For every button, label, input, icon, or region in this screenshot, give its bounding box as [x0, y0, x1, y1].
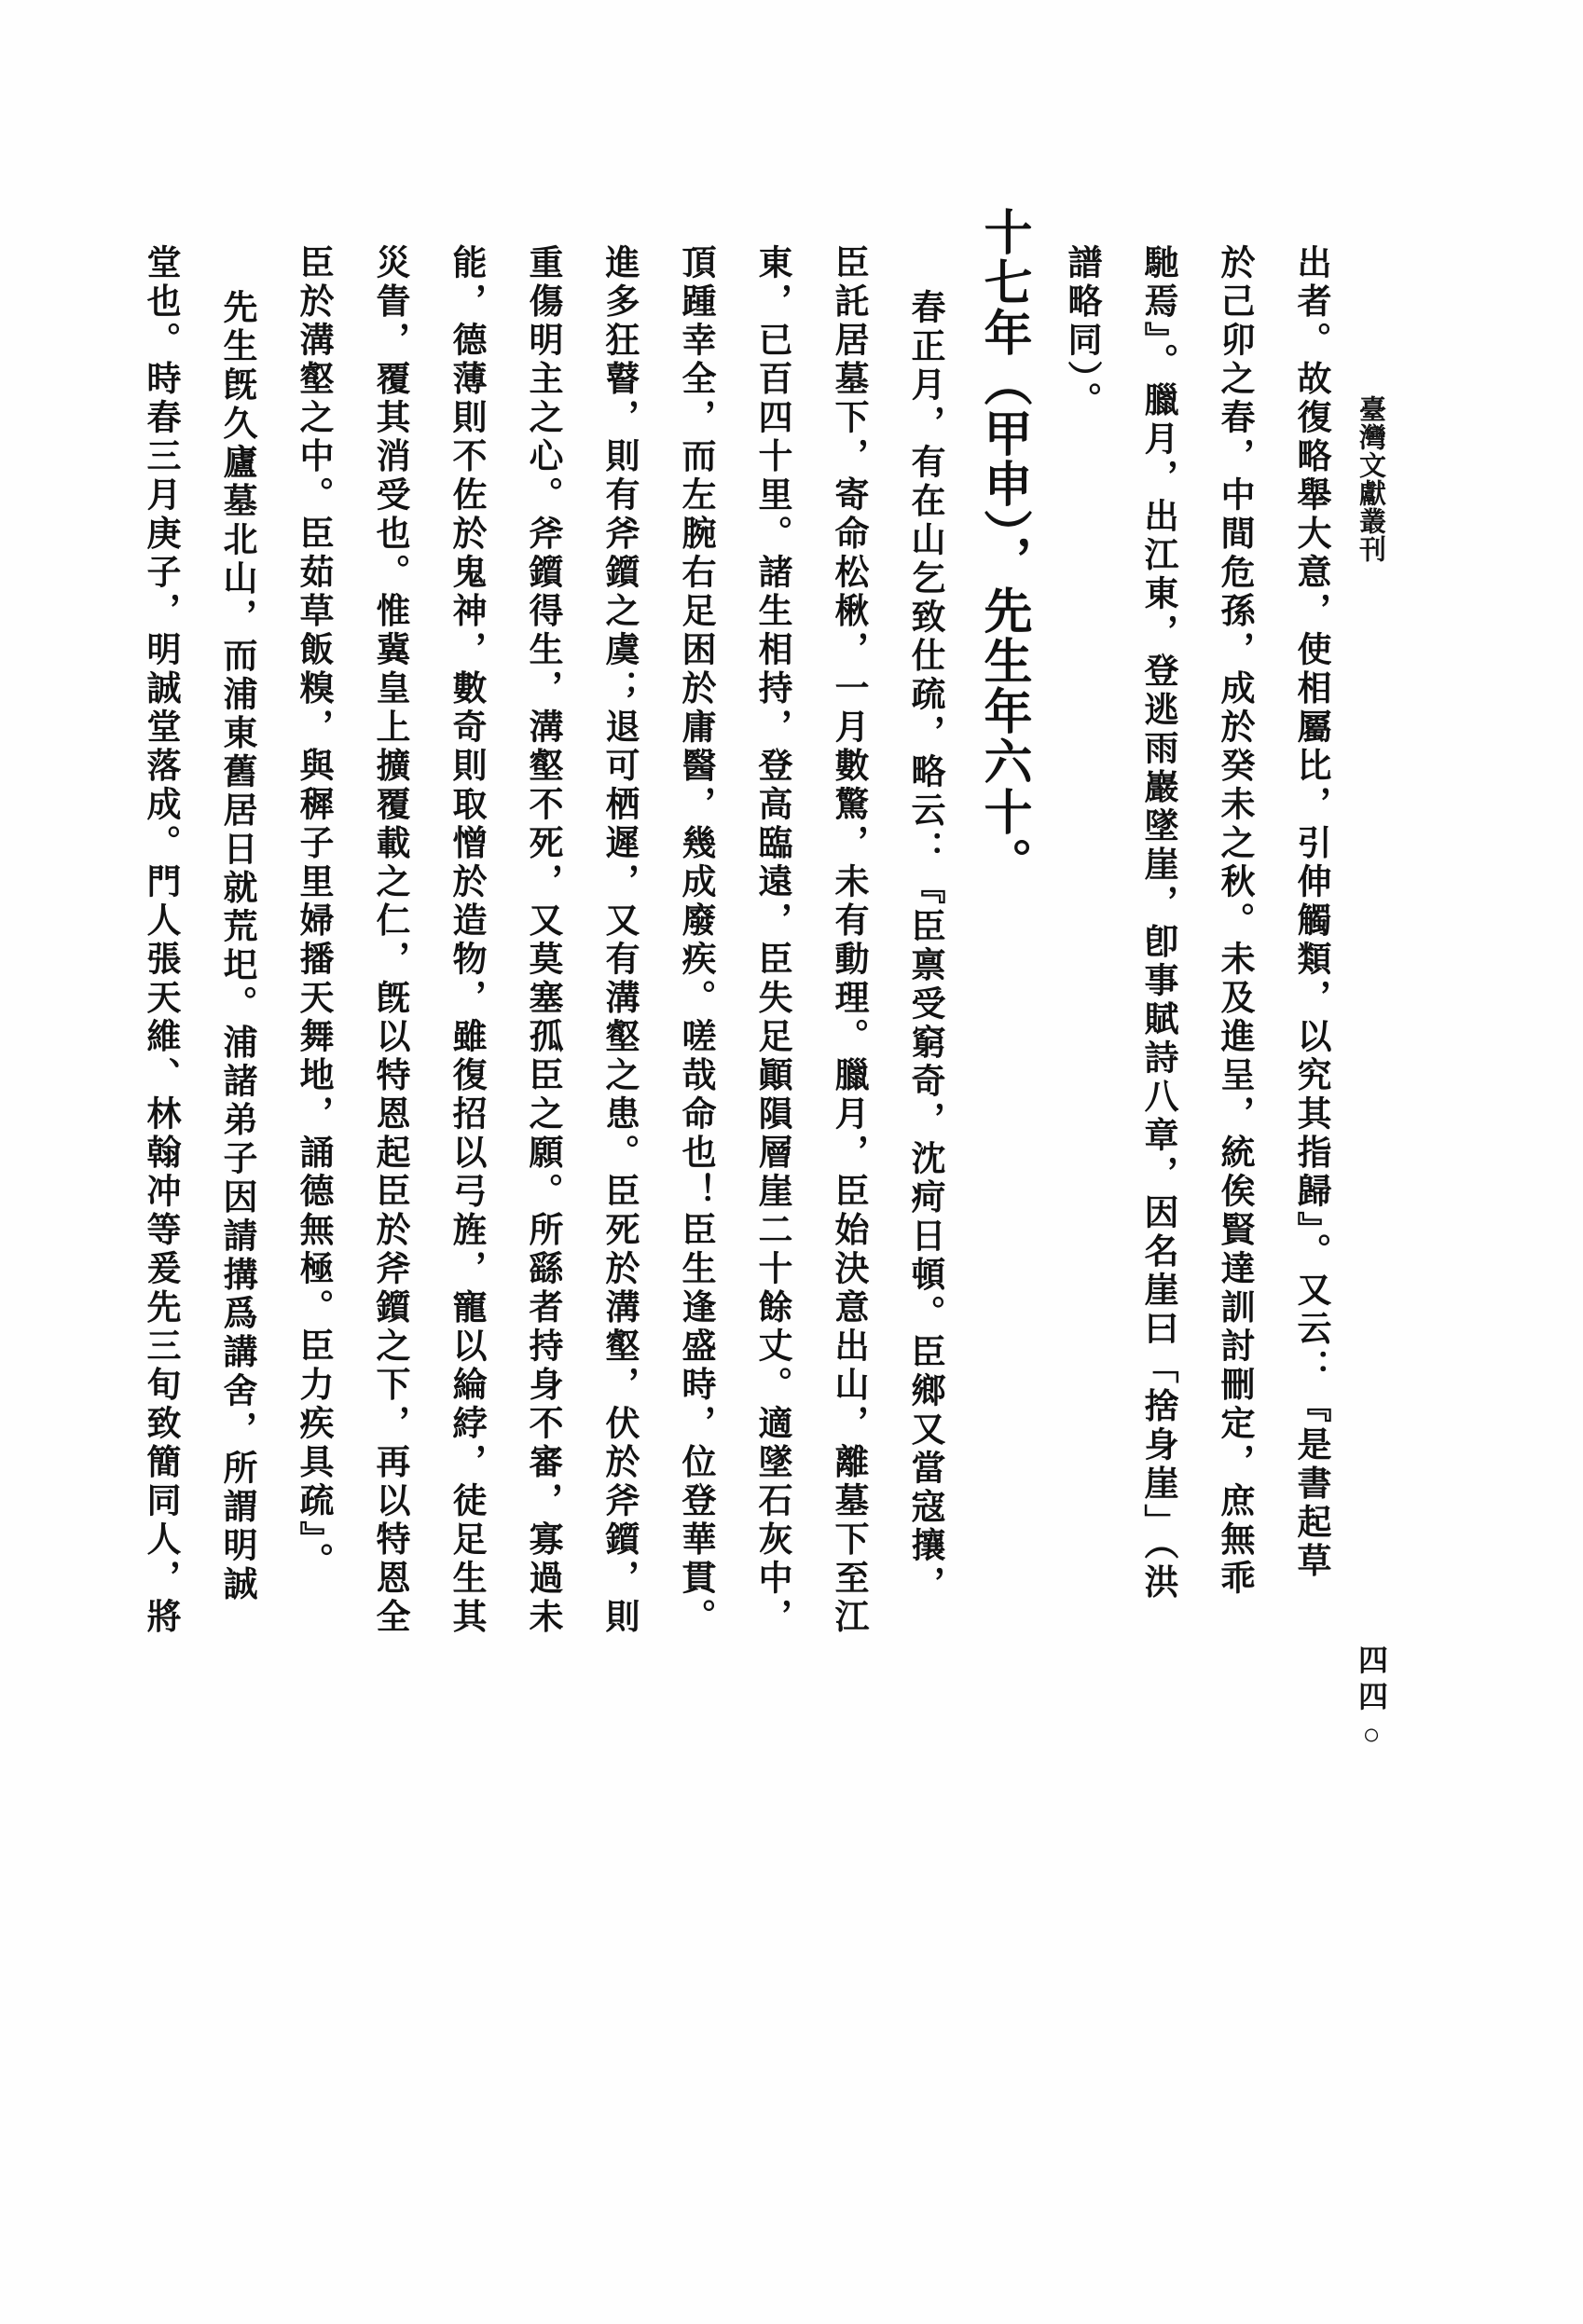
- series-title-running-head: 臺灣文獻叢刊: [1352, 395, 1390, 563]
- main-text-block: 出者。故復略舉大意，使相屬比，引伸觸類，以究其指歸』。又云：『是書起草 於己卯之…: [121, 207, 1348, 1637]
- text-column: 重傷明主之心。斧鑕得生，溝壑不死，又莫塞孤臣之願。所繇者持身不審，寡過未: [503, 207, 580, 1637]
- text-column: 於己卯之春，中間危孫，成於癸未之秋。未及進呈，統俟賢達訓討刪定，庶無乖: [1195, 207, 1272, 1637]
- page-number-folio: 四四○: [1350, 1644, 1393, 1757]
- text-column: 馳焉』。臘月，出江東，登逃雨巖墜崖，卽事賦詩八章，因名崖曰「捨身崖」（洪: [1119, 207, 1195, 1637]
- text-column: 譜略同）。: [1042, 207, 1119, 1637]
- text-column: 能，德薄則不佐於鬼神，數奇則取憎於造物，雖復招以弓旌，寵以綸綍，徒足生其: [427, 207, 503, 1637]
- text-column: 先生旣久廬墓北山，而浦東舊居日就荒圯。浦諸弟子因請搆爲講舍，所謂明誠: [198, 207, 274, 1637]
- text-column: 臣託居墓下，寄命松楸，一月數驚，未有動理。臘月，臣始決意出山，離墓下至江: [809, 207, 886, 1637]
- scanned-book-page: 臺灣文獻叢刊 四四○ 出者。故復略舉大意，使相屬比，引伸觸類，以究其指歸』。又云…: [0, 0, 1583, 2324]
- year-heading: 十七年（甲申），先生年六十。: [962, 207, 1042, 1637]
- text-column: 東，已百四十里。諸生相持，登高臨遠，臣失足顚隕層崖二十餘丈。適墜石灰中，: [733, 207, 809, 1637]
- text-column: 堂也。時春三月庚子，明誠堂落成。門人張天維、林翰冲等爰先三旬致簡同人，將: [121, 207, 198, 1637]
- text-column: 春正月，有在山乞致仕疏，略云：『臣禀受窮奇，沈疴日頓。臣鄉又當寇攘，: [886, 207, 962, 1637]
- text-column: 頂踵幸全，而左腕右足困於庸醫，幾成廢疾。嗟哉命也！臣生逢盛時，位登華貫。: [656, 207, 733, 1637]
- text-column: 災眚，覆其消受也。惟冀皇上擴覆載之仁，旣以特恩起臣於斧鑕之下，再以特恩全: [351, 207, 427, 1637]
- text-column: 臣於溝壑之中。臣茹草飯糗，與穉子里婦播天舞地，誦德無極。臣力疾具疏』。: [274, 207, 351, 1637]
- text-column: 進多狂瞽，則有斧鑕之虞；退可栖遲，又有溝壑之患。臣死於溝壑，伏於斧鑕，則: [580, 207, 656, 1637]
- text-column: 出者。故復略舉大意，使相屬比，引伸觸類，以究其指歸』。又云：『是書起草: [1272, 207, 1348, 1637]
